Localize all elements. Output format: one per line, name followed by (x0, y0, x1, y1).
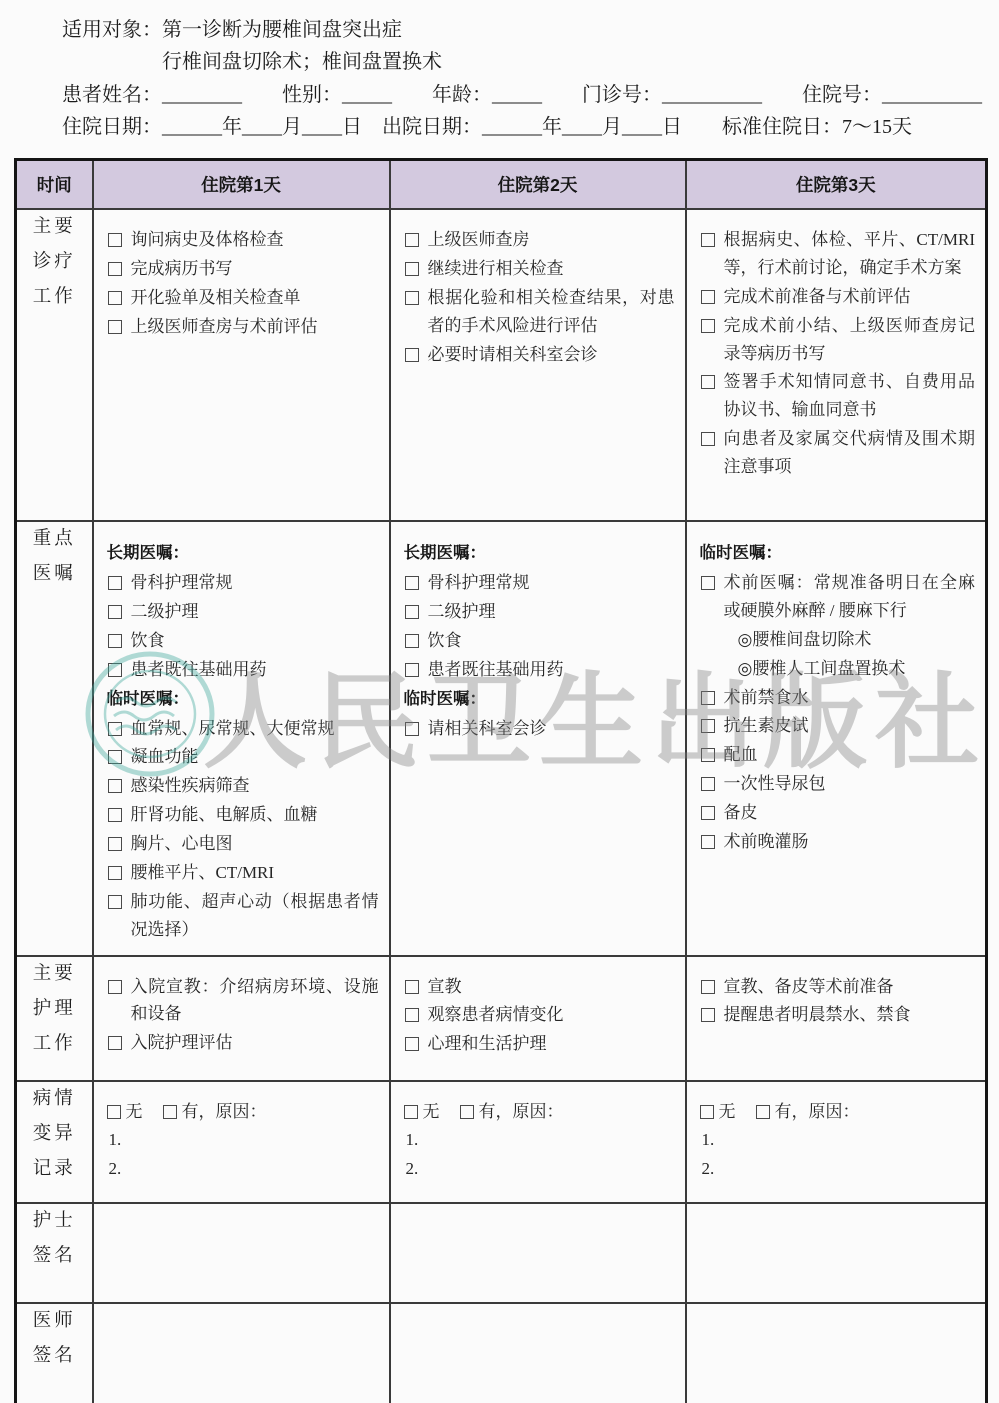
checkbox-icon[interactable] (701, 691, 715, 705)
item-text: 入院护理评估 (131, 1029, 379, 1057)
checkbox-icon[interactable] (405, 722, 419, 736)
orders-heading: 临时医嘱： (700, 540, 976, 567)
sub-option-item: ◎腰椎间盘切除术 (700, 626, 976, 654)
target-population-line: 适用对象：第一诊断为腰椎间盘突出症 (62, 14, 982, 46)
orders-heading: 长期医嘱： (107, 540, 379, 567)
checklist-item: 凝血功能 (107, 743, 379, 771)
variation-option: 有，原因： (163, 1098, 267, 1126)
checklist-item: 术前晚灌肠 (700, 828, 976, 856)
checkbox-icon[interactable] (701, 576, 715, 590)
item-text: 上级医师查房与术前评估 (131, 313, 379, 341)
row-label-nurse-signature: 护士 签名 (16, 1203, 93, 1303)
checklist-item: 宣教、备皮等术前准备 (700, 973, 976, 1001)
item-text: 术前晚灌肠 (724, 828, 976, 856)
numbered-line: 2. (404, 1155, 675, 1183)
item-text: 有，原因： (479, 1098, 564, 1126)
checklist-item: 一次性导尿包 (700, 770, 976, 798)
item-text: 饮食 (428, 627, 675, 655)
checklist-item: 二级护理 (107, 598, 379, 626)
patient-info-line: 患者姓名：________ 性别：_____ 年龄：_____ 门诊号：____… (62, 79, 982, 111)
nurse-signature-cell[interactable] (93, 1203, 390, 1303)
checkbox-icon[interactable] (701, 748, 715, 762)
checkbox-icon[interactable] (108, 866, 122, 880)
item-text: 提醒患者明晨禁水、禁食 (724, 1001, 976, 1029)
item-text: 感染性疾病筛查 (131, 772, 379, 800)
pathway-cell: 询问病史及体格检查完成病历书写开化验单及相关检查单上级医师查房与术前评估 (93, 209, 390, 521)
checkbox-icon[interactable] (108, 634, 122, 648)
checklist-item: 必要时请相关科室会诊 (404, 341, 675, 369)
numbered-line: 2. (107, 1155, 379, 1183)
checkbox-icon[interactable] (108, 262, 122, 276)
variation-choice: 无有，原因： (700, 1098, 976, 1126)
row-label-diagnosis-work: 主要 诊疗 工作 (16, 209, 93, 521)
checklist-item: 骨科护理常规 (404, 569, 675, 597)
checklist-item: 入院宣教：介绍病房环境、设施和设备 (107, 973, 379, 1029)
checkbox-icon[interactable] (108, 233, 122, 247)
item-text: 完成术前准备与术前评估 (724, 283, 976, 311)
checkbox-icon[interactable] (756, 1105, 770, 1119)
item-text: 长期医嘱： (107, 544, 190, 562)
form-header: 适用对象：第一诊断为腰椎间盘突出症 行椎间盘切除术；椎间盘置换术 患者姓名：__… (62, 14, 982, 143)
item-text: 术前禁食水 (724, 684, 976, 712)
item-text: 长期医嘱： (404, 544, 487, 562)
checklist-item: 感染性疾病筛查 (107, 772, 379, 800)
checklist-item: 完成病历书写 (107, 255, 379, 283)
checkbox-icon[interactable] (405, 291, 419, 305)
checkbox-icon[interactable] (108, 779, 122, 793)
item-text: 患者既往基础用药 (428, 656, 675, 684)
checklist-item: 完成术前小结、上级医师查房记录等病历书写 (700, 312, 976, 368)
col-header-day1: 住院第1天 (93, 160, 390, 210)
checkbox-icon[interactable] (405, 348, 419, 362)
item-text: 备皮 (724, 799, 976, 827)
item-text: 无 (423, 1098, 440, 1126)
checklist-item: 完成术前准备与术前评估 (700, 283, 976, 311)
orders-heading: 临时医嘱： (404, 686, 675, 713)
row-label-key-orders: 重点 医嘱 (16, 521, 93, 956)
checklist-item: 备皮 (700, 799, 976, 827)
checklist-item: 肝肾功能、电解质、血糖 (107, 801, 379, 829)
checkbox-icon[interactable] (701, 777, 715, 791)
item-text: 临时医嘱： (404, 690, 487, 708)
checkbox-icon[interactable] (404, 1105, 418, 1119)
row-label-nursing-work: 主要 护理 工作 (16, 956, 93, 1081)
item-text: 骨科护理常规 (428, 569, 675, 597)
col-header-time: 时间 (16, 160, 93, 210)
item-text: 1. (406, 1130, 419, 1149)
checkbox-icon[interactable] (405, 605, 419, 619)
checklist-item: 向患者及家属交代病情及围术期注意事项 (700, 425, 976, 481)
item-text: 肝肾功能、电解质、血糖 (131, 801, 379, 829)
variation-choice: 无有，原因： (107, 1098, 379, 1126)
physician-signature-cell[interactable] (686, 1303, 987, 1403)
checklist-item: 血常规、尿常规、大便常规 (107, 715, 379, 743)
checklist-item: 肺功能、超声心动（根据患者情况选择） (107, 888, 379, 944)
checklist-item: 患者既往基础用药 (107, 656, 379, 684)
item-text: 胸片、心电图 (131, 830, 379, 858)
col-header-day2: 住院第2天 (390, 160, 686, 210)
item-text: 无 (126, 1098, 143, 1126)
item-text: 骨科护理常规 (131, 569, 379, 597)
pathway-cell: 无有，原因：1.2. (390, 1081, 686, 1203)
item-text: 宣教、备皮等术前准备 (724, 973, 976, 1001)
item-text: 二级护理 (428, 598, 675, 626)
checkbox-icon[interactable] (701, 375, 715, 389)
pathway-cell: 宣教、备皮等术前准备提醒患者明晨禁水、禁食 (686, 956, 987, 1081)
orders-heading: 临时医嘱： (107, 686, 379, 713)
checkbox-icon[interactable] (108, 722, 122, 736)
item-text: 询问病史及体格检查 (131, 226, 379, 254)
item-text: 有，原因： (775, 1098, 860, 1126)
checklist-item: 饮食 (404, 627, 675, 655)
checklist-item: 术前医嘱：常规准备明日在全麻或硬膜外麻醉 / 腰麻下行 (700, 569, 976, 625)
checklist-item: 请相关科室会诊 (404, 715, 675, 743)
nurse-signature-cell[interactable] (686, 1203, 987, 1303)
checklist-item: 提醒患者明晨禁水、禁食 (700, 1001, 976, 1029)
item-text: ◎腰椎间盘切除术 (738, 630, 872, 649)
item-text: 肺功能、超声心动（根据患者情况选择） (131, 888, 379, 944)
checklist-item: 根据化验和相关检查结果，对患者的手术风险进行评估 (404, 284, 675, 340)
nurse-signature-cell[interactable] (390, 1203, 686, 1303)
item-text: 2. (406, 1159, 419, 1178)
checkbox-icon[interactable] (701, 233, 715, 247)
variation-option: 有，原因： (756, 1098, 860, 1126)
checkbox-icon[interactable] (108, 576, 122, 590)
checklist-item: 询问病史及体格检查 (107, 226, 379, 254)
variation-option: 无 (700, 1098, 736, 1126)
row-label-variation-record: 病情 变异 记录 (16, 1081, 93, 1203)
physician-signature-cell[interactable] (93, 1303, 390, 1403)
pathway-cell: 根据病史、体检、平片、CT/MRI 等，行术前讨论，确定手术方案完成术前准备与术… (686, 209, 987, 521)
item-text: 2. (702, 1159, 715, 1178)
numbered-line: 2. (700, 1155, 976, 1183)
checklist-item: 配血 (700, 741, 976, 769)
checkbox-icon[interactable] (108, 895, 122, 909)
checkbox-icon[interactable] (108, 837, 122, 851)
clinical-pathway-table: 时间 住院第1天 住院第2天 住院第3天 主要 诊疗 工作 询问病史及体格检查完… (14, 158, 988, 1403)
checklist-item: 胸片、心电图 (107, 830, 379, 858)
checkbox-icon[interactable] (405, 262, 419, 276)
checkbox-icon[interactable] (108, 808, 122, 822)
checklist-item: 抗生素皮试 (700, 712, 976, 740)
checkbox-icon[interactable] (701, 806, 715, 820)
col-header-day3: 住院第3天 (686, 160, 987, 210)
pathway-cell: 长期医嘱：骨科护理常规二级护理饮食患者既往基础用药临时医嘱：血常规、尿常规、大便… (93, 521, 390, 956)
checklist-item: 术前禁食水 (700, 684, 976, 712)
item-text: 根据化验和相关检查结果，对患者的手术风险进行评估 (428, 284, 675, 340)
checkbox-icon[interactable] (405, 634, 419, 648)
pathway-table-wrap: 时间 住院第1天 住院第2天 住院第3天 主要 诊疗 工作 询问病史及体格检查完… (14, 158, 988, 1403)
item-text: 向患者及家属交代病情及围术期注意事项 (724, 425, 976, 481)
item-text: 完成术前小结、上级医师查房记录等病历书写 (724, 312, 976, 368)
item-text: 根据病史、体检、平片、CT/MRI 等，行术前讨论，确定手术方案 (724, 226, 976, 282)
numbered-line: 1. (404, 1126, 675, 1154)
pathway-cell: 无有，原因：1.2. (93, 1081, 390, 1203)
item-text: 1. (702, 1130, 715, 1149)
checkbox-icon[interactable] (405, 576, 419, 590)
orders-heading: 长期医嘱： (404, 540, 675, 567)
checkbox-icon[interactable] (108, 605, 122, 619)
date-info-line: 住院日期：______年____月____日 出院日期：______年____月… (62, 111, 982, 143)
pathway-cell: 宣教观察患者病情变化心理和生活护理 (390, 956, 686, 1081)
item-text: 签署手术知情同意书、自费用品协议书、输血同意书 (724, 368, 976, 424)
variation-option: 有，原因： (460, 1098, 564, 1126)
checkbox-icon[interactable] (405, 1037, 419, 1051)
variation-choice: 无有，原因： (404, 1098, 675, 1126)
item-text: 凝血功能 (131, 743, 379, 771)
checklist-item: 腰椎平片、CT/MRI (107, 859, 379, 887)
item-text: 抗生素皮试 (724, 712, 976, 740)
checkbox-icon[interactable] (701, 980, 715, 994)
checklist-item: 患者既往基础用药 (404, 656, 675, 684)
item-text: 血常规、尿常规、大便常规 (131, 715, 379, 743)
checklist-item: 二级护理 (404, 598, 675, 626)
checklist-item: 入院护理评估 (107, 1029, 379, 1057)
checklist-item: 上级医师查房 (404, 226, 675, 254)
item-text: 请相关科室会诊 (428, 715, 675, 743)
item-text: 配血 (724, 741, 976, 769)
checkbox-icon[interactable] (701, 719, 715, 733)
item-text: 患者既往基础用药 (131, 656, 379, 684)
item-text: 1. (109, 1130, 122, 1149)
item-text: 开化验单及相关检查单 (131, 284, 379, 312)
item-text: 宣教 (428, 973, 675, 1001)
checkbox-icon[interactable] (163, 1105, 177, 1119)
item-text: 必要时请相关科室会诊 (428, 341, 675, 369)
checklist-item: 开化验单及相关检查单 (107, 284, 379, 312)
checkbox-icon[interactable] (108, 980, 122, 994)
row-label-physician-signature: 医师 签名 (16, 1303, 93, 1403)
checklist-item: 骨科护理常规 (107, 569, 379, 597)
checkbox-icon[interactable] (405, 1008, 419, 1022)
pathway-cell: 入院宣教：介绍病房环境、设施和设备入院护理评估 (93, 956, 390, 1081)
item-text: 2. (109, 1159, 122, 1178)
checkbox-icon[interactable] (405, 980, 419, 994)
numbered-line: 1. (700, 1126, 976, 1154)
pathway-cell: 临时医嘱：术前医嘱：常规准备明日在全麻或硬膜外麻醉 / 腰麻下行◎腰椎间盘切除术… (686, 521, 987, 956)
item-text: 完成病历书写 (131, 255, 379, 283)
variation-option: 无 (107, 1098, 143, 1126)
checkbox-icon[interactable] (108, 750, 122, 764)
item-text: 有，原因： (182, 1098, 267, 1126)
item-text: 上级医师查房 (428, 226, 675, 254)
pathway-cell: 无有，原因：1.2. (686, 1081, 987, 1203)
pathway-cell: 长期医嘱：骨科护理常规二级护理饮食患者既往基础用药临时医嘱：请相关科室会诊 (390, 521, 686, 956)
checkbox-icon[interactable] (405, 663, 419, 677)
checklist-item: 根据病史、体检、平片、CT/MRI 等，行术前讨论，确定手术方案 (700, 226, 976, 282)
checkbox-icon[interactable] (701, 290, 715, 304)
checkbox-icon[interactable] (701, 319, 715, 333)
checklist-item: 心理和生活护理 (404, 1030, 675, 1058)
checklist-item: 观察患者病情变化 (404, 1001, 675, 1029)
checklist-item: 上级医师查房与术前评估 (107, 313, 379, 341)
physician-signature-cell[interactable] (390, 1303, 686, 1403)
item-text: 一次性导尿包 (724, 770, 976, 798)
item-text: 临时医嘱： (700, 544, 783, 562)
checklist-item: 签署手术知情同意书、自费用品协议书、输血同意书 (700, 368, 976, 424)
checklist-item: 宣教 (404, 973, 675, 1001)
item-text: 临时医嘱： (107, 690, 190, 708)
numbered-line: 1. (107, 1126, 379, 1154)
clinical-pathway-page: 适用对象：第一诊断为腰椎间盘突出症 行椎间盘切除术；椎间盘置换术 患者姓名：__… (0, 0, 999, 1403)
checklist-item: 饮食 (107, 627, 379, 655)
item-text: 观察患者病情变化 (428, 1001, 675, 1029)
checkbox-icon[interactable] (701, 432, 715, 446)
checkbox-icon[interactable] (700, 1105, 714, 1119)
checkbox-icon[interactable] (108, 320, 122, 334)
checkbox-icon[interactable] (701, 835, 715, 849)
item-text: 饮食 (131, 627, 379, 655)
item-text: 继续进行相关检查 (428, 255, 675, 283)
checkbox-icon[interactable] (460, 1105, 474, 1119)
checkbox-icon[interactable] (108, 1036, 122, 1050)
checkbox-icon[interactable] (108, 663, 122, 677)
item-text: 二级护理 (131, 598, 379, 626)
checkbox-icon[interactable] (701, 1008, 715, 1022)
pathway-cell: 上级医师查房继续进行相关检查根据化验和相关检查结果，对患者的手术风险进行评估必要… (390, 209, 686, 521)
item-text: 术前医嘱：常规准备明日在全麻或硬膜外麻醉 / 腰麻下行 (724, 569, 976, 625)
item-text: 无 (719, 1098, 736, 1126)
variation-option: 无 (404, 1098, 440, 1126)
item-text: 腰椎平片、CT/MRI (131, 859, 379, 887)
procedure-line: 行椎间盘切除术；椎间盘置换术 (162, 46, 982, 78)
checklist-item: 继续进行相关检查 (404, 255, 675, 283)
checkbox-icon[interactable] (108, 291, 122, 305)
item-text: 心理和生活护理 (428, 1030, 675, 1058)
checkbox-icon[interactable] (405, 233, 419, 247)
item-text: 入院宣教：介绍病房环境、设施和设备 (131, 973, 379, 1029)
checkbox-icon[interactable] (107, 1105, 121, 1119)
sub-option-item: ◎腰椎人工间盘置换术 (700, 655, 976, 683)
item-text: ◎腰椎人工间盘置换术 (738, 659, 906, 678)
